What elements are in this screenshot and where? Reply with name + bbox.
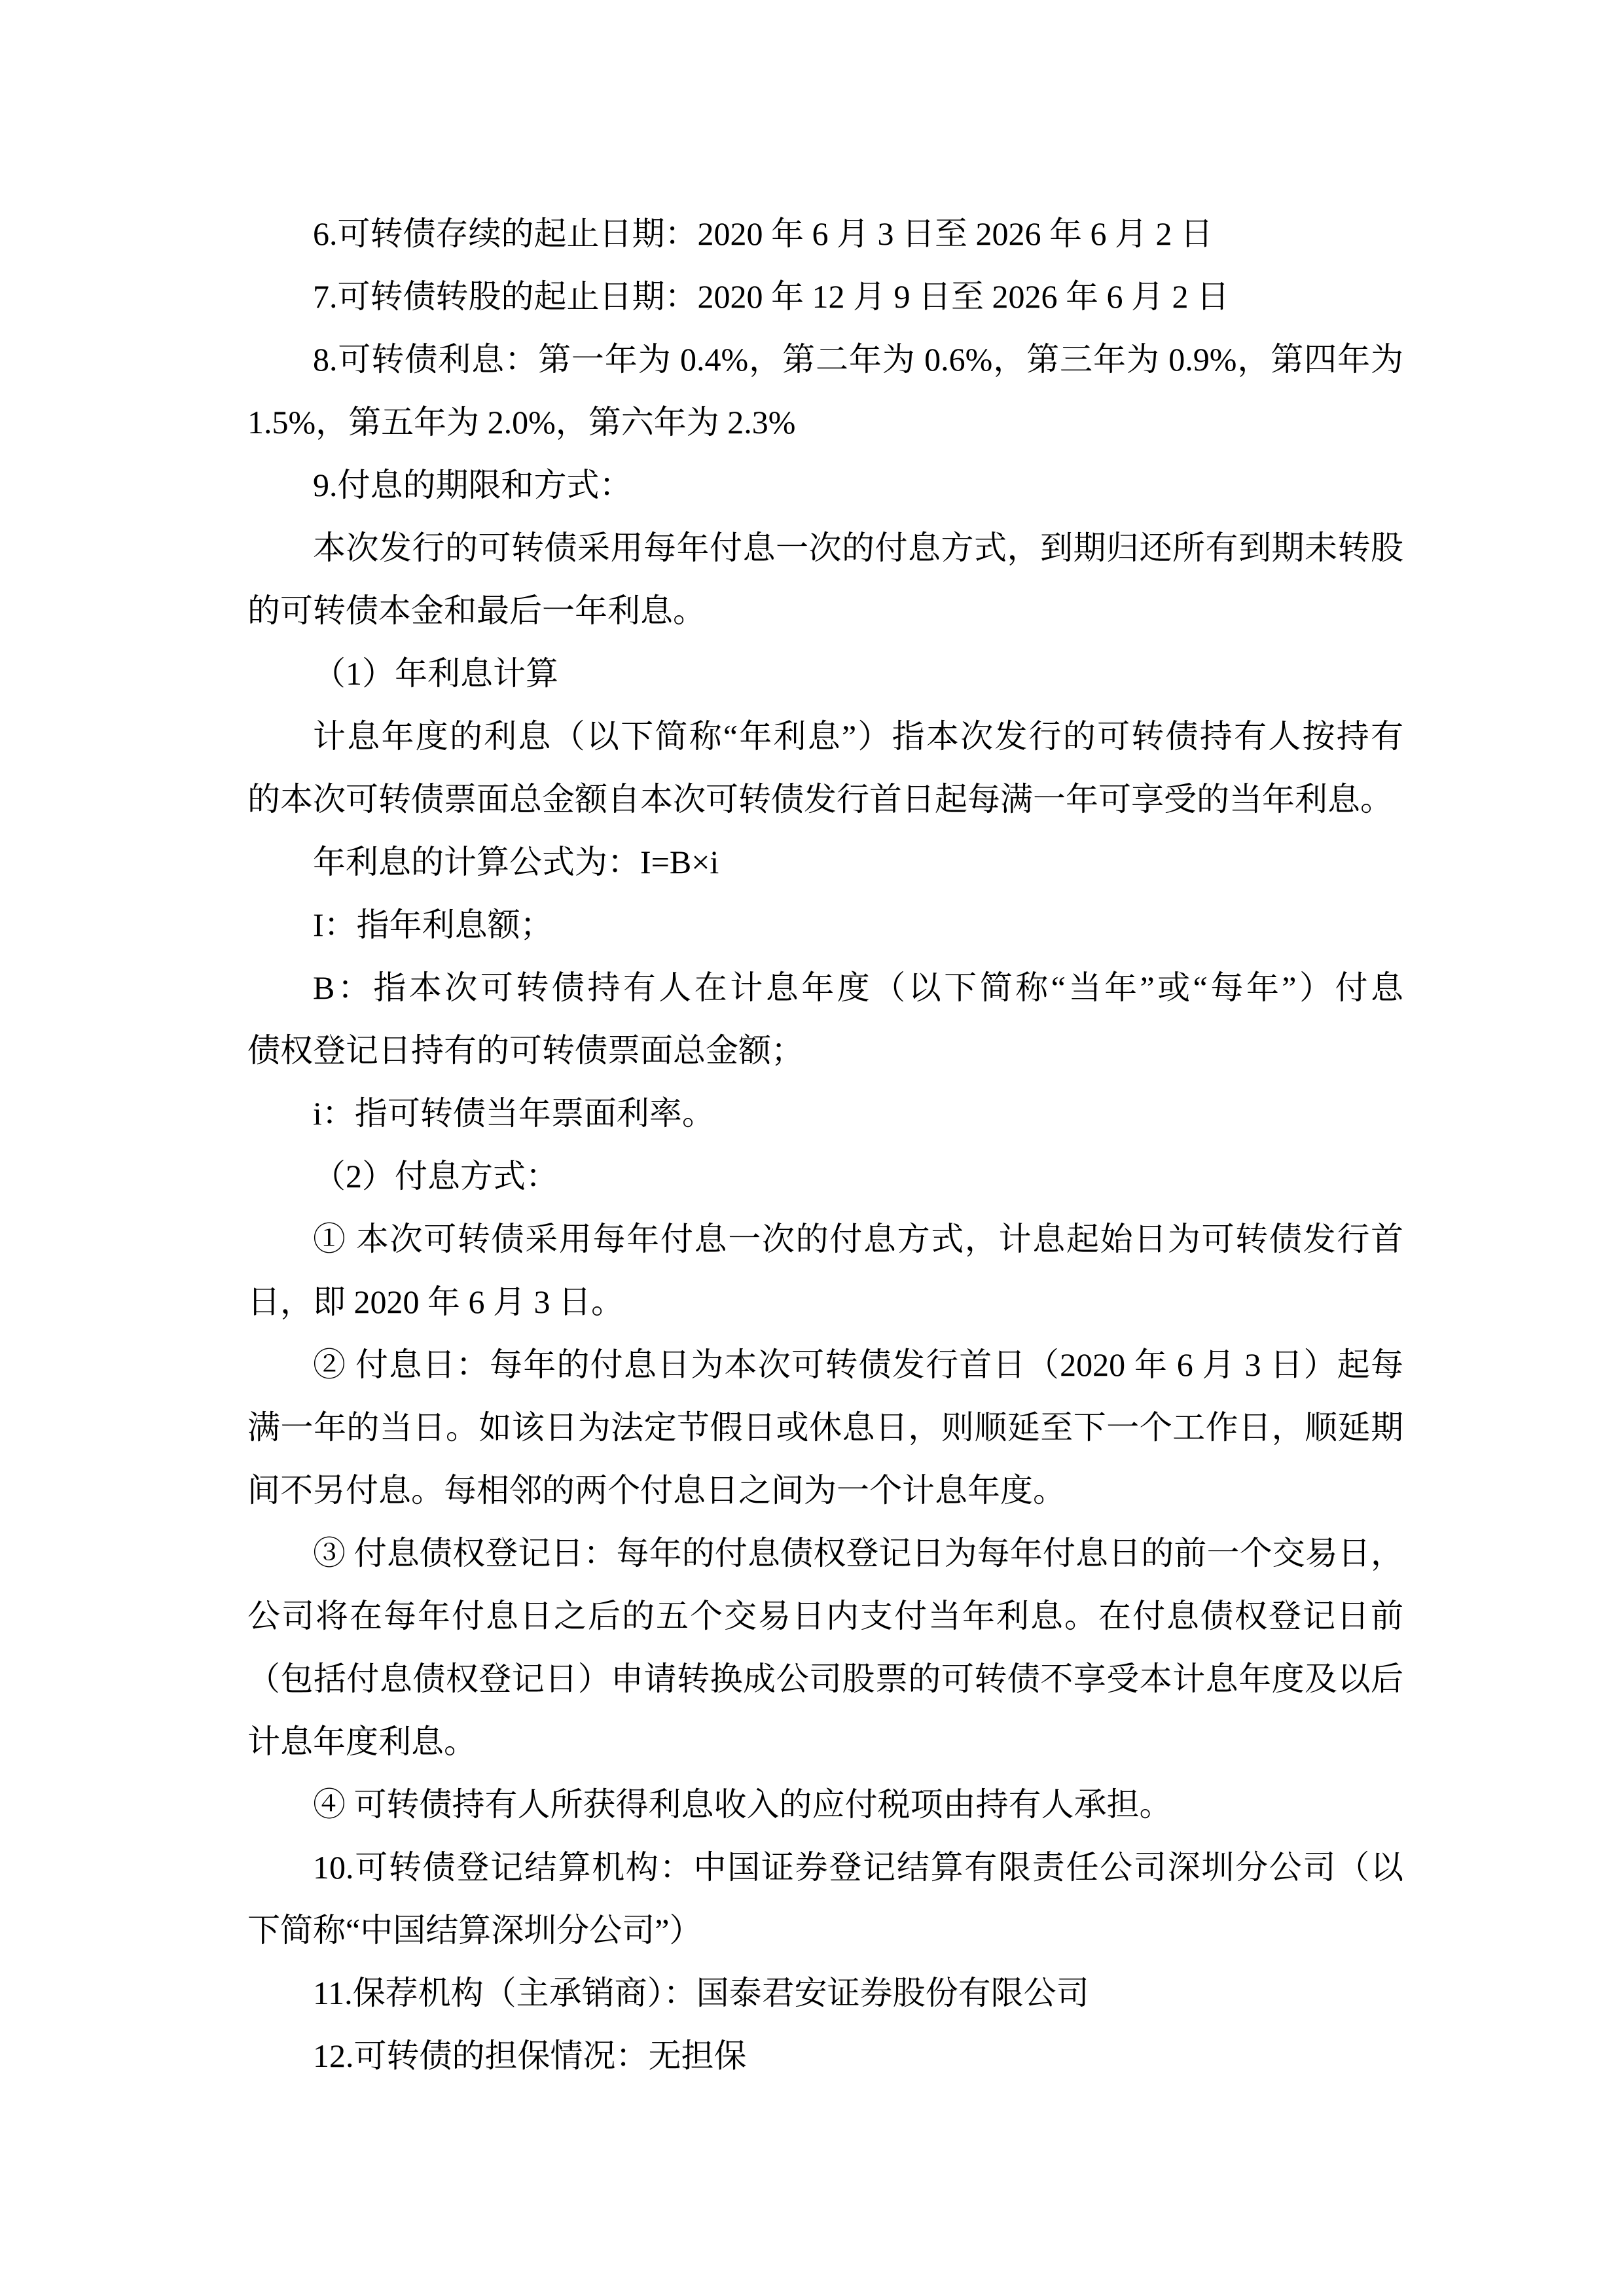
document-body: 6.可转债存续的起止日期：2020 年 6 月 3 日至 2026 年 6 月 … — [247, 202, 1403, 2087]
text-line: 本次发行的可转债采用每年付息一次的付息方式，到期归还所有到期未转股 — [247, 516, 1403, 579]
text-line: 1.5%，第五年为 2.0%，第六年为 2.3% — [247, 391, 1403, 454]
text-line: 间不另付息。每相邻的两个付息日之间为一个计息年度。 — [247, 1459, 1403, 1522]
text-line: 满一年的当日。如该日为法定节假日或休息日，则顺延至下一个工作日，顺延期 — [247, 1396, 1403, 1459]
text-line: I：指年利息额； — [247, 893, 1403, 956]
text-line: 6.可转债存续的起止日期：2020 年 6 月 3 日至 2026 年 6 月 … — [247, 202, 1403, 265]
text-line: ② 付息日：每年的付息日为本次可转债发行首日（2020 年 6 月 3 日）起每 — [247, 1333, 1403, 1396]
text-line: ① 本次可转债采用每年付息一次的付息方式，计息起始日为可转债发行首 — [247, 1208, 1403, 1270]
text-line: 9.付息的期限和方式： — [247, 454, 1403, 516]
text-line: 日，即 2020 年 6 月 3 日。 — [247, 1270, 1403, 1333]
text-line: 12.可转债的担保情况：无担保 — [247, 2024, 1403, 2087]
text-line: ③ 付息债权登记日：每年的付息债权登记日为每年付息日的前一个交易日， — [247, 1522, 1403, 1585]
text-line: 10.可转债登记结算机构：中国证券登记结算有限责任公司深圳分公司（以 — [247, 1836, 1403, 1899]
text-line: 8.可转债利息：第一年为 0.4%，第二年为 0.6%，第三年为 0.9%，第四… — [247, 328, 1403, 391]
text-line: 计息年度的利息（以下简称“年利息”）指本次发行的可转债持有人按持有 — [247, 705, 1403, 768]
text-line: 债权登记日持有的可转债票面总金额； — [247, 1019, 1403, 1082]
text-line: ④ 可转债持有人所获得利息收入的应付税项由持有人承担。 — [247, 1773, 1403, 1836]
text-line: 11.保荐机构（主承销商）：国泰君安证券股份有限公司 — [247, 1962, 1403, 2024]
text-line: （2）付息方式： — [247, 1145, 1403, 1208]
text-line: 的本次可转债票面总金额自本次可转债发行首日起每满一年可享受的当年利息。 — [247, 768, 1403, 831]
text-line: 公司将在每年付息日之后的五个交易日内支付当年利息。在付息债权登记日前 — [247, 1585, 1403, 1647]
text-line: 年利息的计算公式为：I=B×i — [247, 831, 1403, 893]
text-line: 计息年度利息。 — [247, 1710, 1403, 1773]
document-page: 6.可转债存续的起止日期：2020 年 6 月 3 日至 2026 年 6 月 … — [0, 0, 1624, 2296]
text-line: 下简称“中国结算深圳分公司”） — [247, 1899, 1403, 1962]
text-line: （1）年利息计算 — [247, 642, 1403, 705]
text-line: i：指可转债当年票面利率。 — [247, 1082, 1403, 1145]
text-line: B：指本次可转债持有人在计息年度（以下简称“当年”或“每年”）付息 — [247, 956, 1403, 1019]
text-line: 7.可转债转股的起止日期：2020 年 12 月 9 日至 2026 年 6 月… — [247, 265, 1403, 328]
text-line: 的可转债本金和最后一年利息。 — [247, 579, 1403, 642]
text-line: （包括付息债权登记日）申请转换成公司股票的可转债不享受本计息年度及以后 — [247, 1647, 1403, 1710]
